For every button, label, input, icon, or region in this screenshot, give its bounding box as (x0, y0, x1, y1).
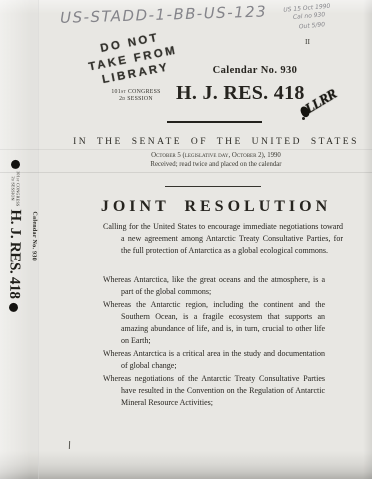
resolution-preamble: Calling for the United States to encoura… (103, 221, 343, 257)
whereas-clauses: Whereas Antarctica, like the great ocean… (103, 274, 325, 410)
punch-hole-dot (9, 303, 18, 312)
whereas-clause: Whereas negotiations of the Antarctic Tr… (103, 373, 325, 409)
whereas-clause: Whereas Antarctica, like the great ocean… (103, 274, 325, 298)
whereas-clause: Whereas Antarctica is a critical area in… (103, 348, 325, 372)
chamber-heading: IN THE SENATE OF THE UNITED STATES (66, 137, 366, 147)
bill-number: H. J. RES. 418 (176, 82, 305, 105)
print-series-mark: II (305, 37, 310, 46)
session-line: 2d SESSION (97, 96, 175, 103)
corner-handwriting: US 15 Oct 1990 Cal no 930 Out 5/90 (283, 0, 371, 33)
action-date-line: October 5 (legislative day, October 2), … (66, 152, 366, 159)
calendar-number: Calendar No. 930 (198, 65, 312, 76)
spine-congress-line: 101st CONGRESS (15, 171, 20, 207)
spine-strip: Calendar No. 930 101st CONGRESS 2d SESSI… (0, 0, 39, 479)
scanned-document-page: Calendar No. 930 101st CONGRESS 2d SESSI… (0, 0, 372, 479)
archival-id-handwriting: US-STADD-1-BB-US-123 (60, 1, 310, 27)
spine-bill-row: 101st CONGRESS 2d SESSION H. J. RES. 418 (2, 160, 28, 312)
spine-label: Calendar No. 930 101st CONGRESS 2d SESSI… (0, 160, 41, 313)
horizontal-rule (167, 121, 262, 123)
spine-congress-session: 101st CONGRESS 2d SESSION (10, 171, 20, 207)
spine-calendar-number: Calendar No. 930 (26, 160, 41, 312)
congress-line: 101st CONGRESS (97, 89, 175, 96)
received-note: Received; read twice and placed on the c… (66, 161, 366, 168)
punch-hole-dot (11, 160, 20, 169)
ink-speck (302, 117, 305, 120)
whereas-clause: Whereas the Antarctic region, including … (103, 299, 325, 347)
pen-tick-mark (69, 441, 70, 449)
spine-session-line: 2d SESSION (10, 171, 15, 207)
horizontal-rule (165, 186, 261, 187)
scan-crease-line (0, 149, 372, 150)
scan-crease-line (0, 172, 372, 173)
spine-bill-number: H. J. RES. 418 (6, 209, 24, 298)
joint-resolution-title: JOINT RESOLUTION (66, 198, 366, 216)
congress-session: 101st CONGRESS 2d SESSION (97, 89, 175, 103)
